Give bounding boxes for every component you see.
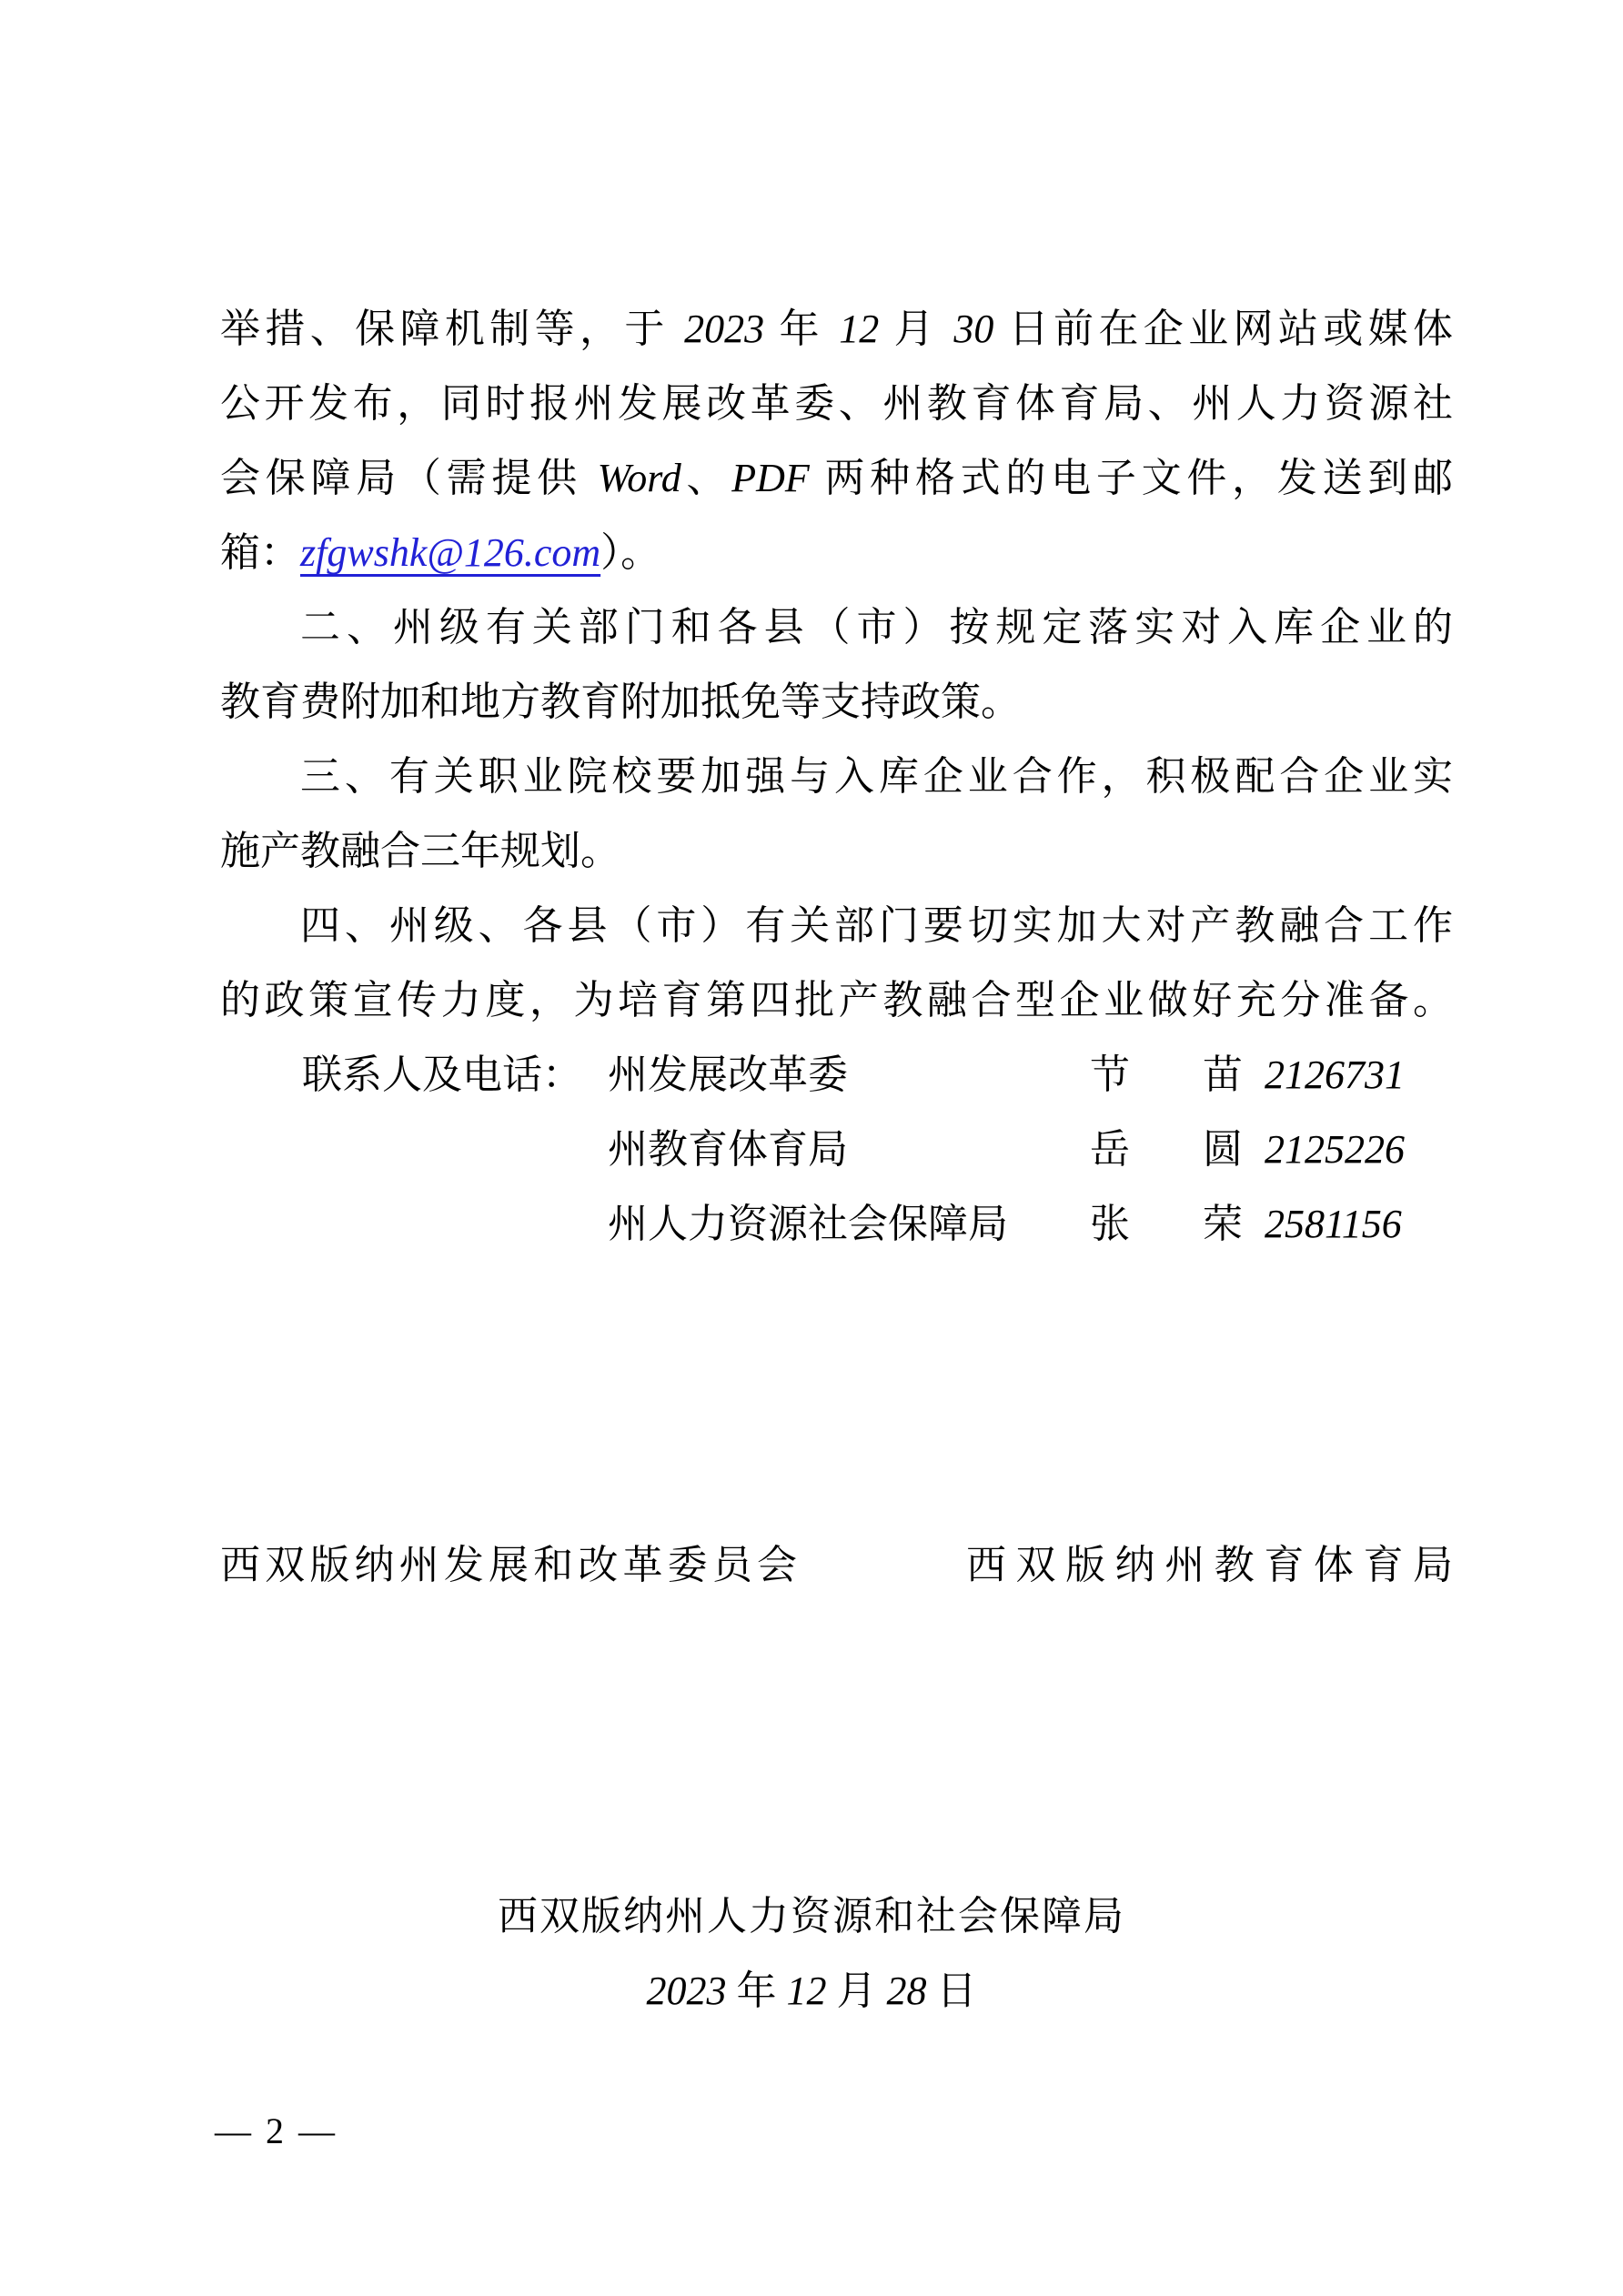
closing-org: 西双版纳州人力资源和社会保障局 [0, 1879, 1623, 1954]
email-prefix: 箱： [220, 530, 300, 575]
contact-row-1: 联系人及电话： 州发展改革委 节 苗 2126731 [220, 1038, 1453, 1113]
contact-label: 联系人及电话： [302, 1038, 582, 1113]
document-body: 举措、保障机制等，于 2023 年 12 月 30 日前在企业网站或媒体 公开发… [220, 292, 1453, 1262]
contact-org: 州教育体育局 [608, 1113, 848, 1187]
document-page: 举措、保障机制等，于 2023 年 12 月 30 日前在企业网站或媒体 公开发… [0, 0, 1623, 2296]
contact-name: 张 荣 [1090, 1187, 1243, 1262]
para1-line-2: 公开发布，同时报州发展改革委、州教育体育局、州人力资源社 [220, 367, 1453, 441]
signature-left-org: 西双版纳州发展和改革委员会 [220, 1528, 797, 1603]
para1-line-1: 举措、保障机制等，于 2023 年 12 月 30 日前在企业网站或媒体 [220, 292, 1453, 367]
contact-org: 州人力资源社会保障局 [608, 1187, 1008, 1262]
contact-phone: 2125226 [1265, 1113, 1405, 1187]
item2-line-1: 二、州级有关部门和各县（市）按规定落实对入库企业的 [220, 590, 1453, 665]
email-suffix: ）。 [600, 530, 660, 575]
contact-row-2: 州教育体育局 岳 圆 2125226 [220, 1113, 1453, 1187]
closing-date: 2023 年 12 月 28 日 [0, 1954, 1623, 2029]
email-link[interactable]: zfgwshk@126.com [300, 530, 600, 575]
item3-line-1: 三、有关职业院校要加强与入库企业合作，积极配合企业实 [220, 740, 1453, 814]
item4-line-2: 的政策宣传力度，为培育第四批产教融合型企业做好充分准备。 [220, 963, 1453, 1038]
contact-org: 州发展改革委 [608, 1038, 848, 1113]
signature-right-org: 西双版纳州教育体育局 [966, 1528, 1453, 1603]
contact-name: 岳 圆 [1090, 1113, 1243, 1187]
item2-line-2: 教育费附加和地方教育附加抵免等支持政策。 [220, 665, 1453, 740]
contact-name: 节 苗 [1090, 1038, 1243, 1113]
item3-line-2: 施产教融合三年规划。 [220, 814, 1453, 889]
para1-line-4-email: 箱：zfgwshk@126.com）。 [220, 516, 1453, 590]
page-number: — 2 — [215, 2110, 338, 2152]
closing-block: 西双版纳州人力资源和社会保障局 2023 年 12 月 28 日 [0, 1879, 1623, 2029]
signature-row: 西双版纳州发展和改革委员会 西双版纳州教育体育局 [220, 1528, 1453, 1603]
contact-phone: 2126731 [1265, 1038, 1405, 1113]
item4-line-1: 四、州级、各县（市）有关部门要切实加大对产教融合工作 [220, 889, 1453, 963]
contact-row-3: 州人力资源社会保障局 张 荣 2581156 [220, 1187, 1453, 1262]
contact-phone: 2581156 [1265, 1187, 1402, 1262]
para1-line-3: 会保障局（需提供 Word、PDF 两种格式的电子文件，发送到邮 [220, 441, 1453, 516]
